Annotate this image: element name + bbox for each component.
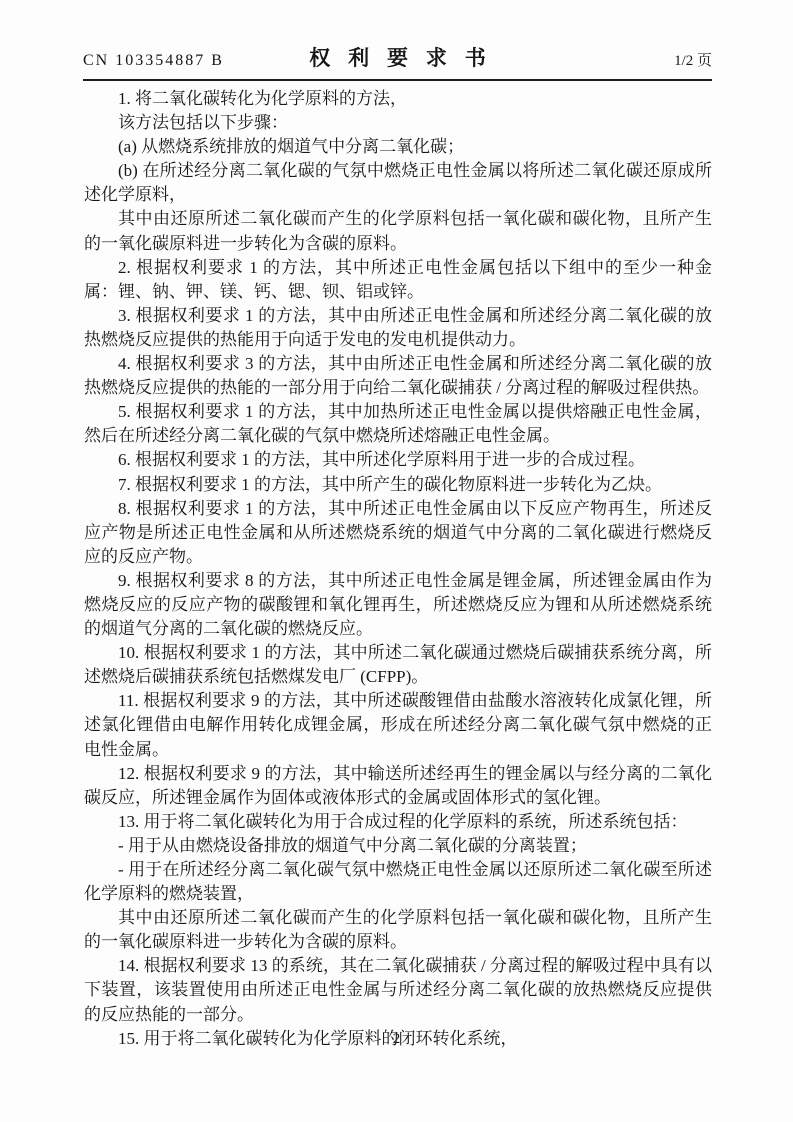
claim-paragraph: (b) 在所述经分离二氧化碳的气氛中燃烧正电性金属以将所述二氧化碳还原成所述化学… bbox=[84, 159, 712, 207]
claim-paragraph: - 用于在所述经分离二氧化碳气氛中燃烧正电性金属以还原所述二氧化碳至所述化学原料… bbox=[84, 858, 712, 906]
claim-paragraph: 6. 根据权利要求 1 的方法，其中所述化学原料用于进一步的合成过程。 bbox=[84, 448, 712, 472]
claim-paragraph: 12. 根据权利要求 9 的方法，其中输送所述经再生的锂金属以与经分离的二氧化碳… bbox=[84, 762, 712, 810]
claim-paragraph: 9. 根据权利要求 8 的方法，其中所述正电性金属是锂金属，所述锂金属由作为燃烧… bbox=[84, 569, 712, 641]
page-indicator: 1/2 页 bbox=[674, 49, 712, 70]
claim-paragraph: 其中由还原所述二氧化碳而产生的化学原料包括一氧化碳和碳化物，且所产生的一氧化碳原… bbox=[84, 207, 712, 255]
claim-paragraph: 4. 根据权利要求 3 的方法，其中由所述正电性金属和所述经分离二氧化碳的放热燃… bbox=[84, 352, 712, 400]
claims-body: 1. 将二氧化碳转化为化学原料的方法， 该方法包括以下步骤： (a) 从燃烧系统… bbox=[84, 87, 712, 1051]
patent-claims-page: CN 103354887 B 权利要求书 1/2 页 1. 将二氧化碳转化为化学… bbox=[0, 0, 793, 1122]
claim-paragraph: 该方法包括以下步骤： bbox=[84, 111, 712, 135]
claim-paragraph: 2. 根据权利要求 1 的方法，其中所述正电性金属包括以下组中的至少一种金属：锂… bbox=[84, 256, 712, 304]
claim-paragraph: 10. 根据权利要求 1 的方法，其中所述二氧化碳通过燃烧后碳捕获系统分离，所述… bbox=[84, 641, 712, 689]
claim-paragraph: - 用于从由燃烧设备排放的烟道气中分离二氧化碳的分离装置； bbox=[84, 834, 712, 858]
page-header: CN 103354887 B 权利要求书 1/2 页 bbox=[83, 42, 712, 81]
claim-paragraph: 14. 根据权利要求 13 的系统，其在二氧化碳捕获 / 分离过程的解吸过程中具… bbox=[84, 954, 712, 1026]
document-number: CN 103354887 B bbox=[83, 52, 224, 70]
claim-paragraph: 3. 根据权利要求 1 的方法，其中由所述正电性金属和所述经分离二氧化碳的放热燃… bbox=[84, 304, 712, 352]
claim-paragraph: 8. 根据权利要求 1 的方法，其中所述正电性金属由以下反应产物再生，所述反应产… bbox=[84, 497, 712, 569]
claim-paragraph: 1. 将二氧化碳转化为化学原料的方法， bbox=[84, 87, 712, 111]
footer-page-number: 2 bbox=[393, 1031, 401, 1048]
claim-paragraph: 11. 根据权利要求 9 的方法，其中所述碳酸锂借由盐酸水溶液转化成氯化锂，所述… bbox=[84, 689, 712, 761]
claim-paragraph: (a) 从燃烧系统排放的烟道气中分离二氧化碳； bbox=[84, 135, 712, 159]
claim-paragraph: 7. 根据权利要求 1 的方法，其中所产生的碳化物原料进一步转化为乙炔。 bbox=[84, 473, 712, 497]
claim-paragraph: 其中由还原所述二氧化碳而产生的化学原料包括一氧化碳和碳化物，且所产生的一氧化碳原… bbox=[84, 906, 712, 954]
claim-paragraph: 13. 用于将二氧化碳转化为用于合成过程的化学原料的系统，所述系统包括： bbox=[84, 810, 712, 834]
page-footer: 2 bbox=[0, 1030, 793, 1048]
document-title: 权利要求书 bbox=[291, 42, 503, 72]
claim-paragraph: 5. 根据权利要求 1 的方法，其中加热所述正电性金属以提供熔融正电性金属，然后… bbox=[84, 400, 712, 448]
